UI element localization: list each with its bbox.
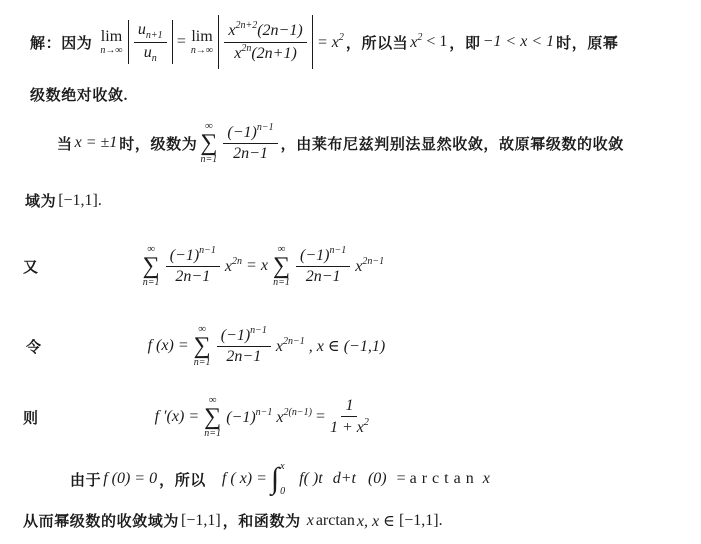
zh-text: 级数绝对收敛.: [30, 84, 128, 105]
integral-lower-limit: 0: [280, 486, 285, 497]
sigma-icon: ∑: [200, 133, 217, 153]
sigma-sum: ∞ ∑ n=1: [200, 121, 217, 165]
math-token: f ′(x) =: [155, 408, 200, 426]
math-token: x: [483, 470, 490, 488]
math-token: = x2: [317, 33, 344, 52]
zh-text: 时，级数为: [119, 133, 197, 154]
math-token: x: [307, 512, 314, 530]
math-token: (0): [368, 470, 387, 488]
math-token: arctan: [410, 470, 479, 488]
fraction: 1 1 + x2: [330, 397, 369, 438]
zh-text: ，由莱布尼兹判别法显然收敛，故原幂级数的收敛: [281, 133, 624, 154]
sum-lower-limit: n=1: [200, 155, 217, 165]
lim-subscript: n→∞: [100, 46, 122, 56]
math-token: [−1,1].: [399, 512, 443, 530]
math-token: x2(n−1): [276, 408, 312, 427]
fraction: (−1)n−1 2n−1: [217, 326, 271, 367]
fraction-numerator: (−1)n−1: [166, 246, 220, 267]
math-token: < 1: [426, 33, 447, 51]
lim-word: lim: [101, 29, 122, 45]
zh-label: 令: [26, 336, 42, 357]
equals-sign: =: [397, 470, 406, 488]
math-token: arctan: [316, 512, 355, 530]
document-page: { "colors": { "bg": "#ffffff", "ink": "#…: [0, 0, 701, 544]
math-token: −1 < x < 1: [483, 33, 555, 51]
solution-line-ratio-test: 解：因为 lim n→∞ un+1 un = lim n→∞ x2n+2(2n−…: [30, 10, 619, 74]
sum-lower-limit: n=1: [204, 429, 221, 439]
sum-lower-limit: n=1: [194, 358, 211, 368]
math-token: x2n: [225, 257, 242, 276]
fraction-u-ratio: un+1 un: [134, 21, 167, 64]
integral-limits: x 0: [280, 461, 285, 497]
integral-notation: ∫ x 0: [271, 461, 289, 497]
solution-line-integral: 由于 f (0) = 0 ，所以 f ( x) = ∫ x 0 f( )t d+…: [70, 458, 492, 500]
zh-text: 由于: [70, 469, 101, 490]
math-token: d+t: [333, 470, 356, 488]
fraction: (−1)n−1 2n−1: [296, 246, 350, 287]
sigma-sum: ∞ ∑ n=1: [204, 395, 221, 439]
lim-subscript: n→∞: [191, 46, 213, 56]
limit-notation: lim n→∞: [191, 29, 213, 56]
zh-text: ，和函数为: [223, 510, 301, 531]
zh-text: 时，原幂: [556, 32, 618, 53]
intro-text: 解：因为: [30, 32, 92, 53]
integral-upper-limit: x: [280, 461, 285, 472]
abs-bar-icon: [128, 20, 129, 64]
sigma-icon: ∑: [143, 256, 160, 276]
sigma-icon: ∑: [204, 407, 221, 427]
math-token: [−1,1]: [181, 512, 221, 530]
sigma-sum: ∞ ∑ n=1: [194, 324, 211, 368]
integral-icon: ∫: [271, 464, 279, 494]
equals-sign: =: [316, 408, 325, 426]
sigma-icon: ∑: [194, 336, 211, 356]
fraction-denominator: 2n−1: [306, 267, 341, 286]
math-token: x2n−1: [355, 257, 384, 276]
fraction-numerator: un+1: [134, 21, 167, 43]
solution-line-endpoint-case: 当 x = ±1 时，级数为 ∞ ∑ n=1 (−1)n−1 2n−1 ，由莱布…: [57, 114, 624, 172]
zh-text: ，所以当: [346, 32, 408, 53]
zh-text: 从而幂级数的收敛域为: [23, 510, 179, 531]
solution-line-derivative: 则 f ′(x) = ∞ ∑ n=1 (−1)n−1 x2(n−1) = 1 1…: [23, 388, 372, 446]
zh-label: 又: [23, 256, 39, 277]
fraction: (−1)n−1 2n−1: [166, 246, 220, 287]
fraction-x-ratio: x2n+2(2n−1) x2n(2n+1): [224, 21, 306, 63]
math-token: (−1)n−1: [226, 408, 272, 427]
fraction-numerator: (−1)n−1: [296, 246, 350, 267]
math-token: [−1,1].: [58, 192, 102, 210]
abs-bar-icon: [172, 20, 173, 64]
solution-line-domain: 域为 [−1,1].: [25, 190, 104, 211]
fraction-denominator: x2n(2n+1): [234, 43, 297, 63]
fraction-denominator: 2n−1: [175, 267, 210, 286]
math-token: x = ±1: [75, 134, 118, 152]
solution-line-continuation: 级数绝对收敛.: [30, 84, 128, 105]
sum-lower-limit: n=1: [273, 278, 290, 288]
fraction-numerator: x2n+2(2n−1): [224, 21, 306, 42]
math-token: f ( x) =: [222, 470, 267, 488]
math-token: f (0) = 0: [103, 470, 157, 488]
math-token: , x ∈ (−1,1): [309, 336, 385, 356]
zh-text: ，即: [449, 32, 480, 53]
zh-text: 域为: [25, 190, 56, 211]
fraction: (−1)n−1 2n−1: [223, 123, 277, 164]
math-token: f( )t: [299, 470, 323, 488]
math-token: x2n−1: [276, 337, 305, 356]
sum-lower-limit: n=1: [143, 278, 160, 288]
fraction-numerator: 1: [341, 397, 357, 417]
fraction-numerator: (−1)n−1: [223, 123, 277, 144]
solution-line-define-f: 令 f (x) = ∞ ∑ n=1 (−1)n−1 2n−1 x2n−1 , x…: [26, 316, 387, 376]
solution-line-series-identity: 又 ∞ ∑ n=1 (−1)n−1 2n−1 x2n = x ∞ ∑ n=1 (…: [23, 234, 386, 298]
math-token: = x: [246, 257, 268, 275]
sigma-icon: ∑: [273, 256, 290, 276]
zh-text: ，所以: [159, 469, 206, 490]
fraction-denominator: 1 + x2: [330, 417, 369, 437]
sigma-sum: ∞ ∑ n=1: [273, 244, 290, 288]
fraction-denominator: 2n−1: [233, 144, 268, 163]
solution-line-conclusion: 从而幂级数的收敛域为 [−1,1] ，和函数为 x arctan x, x ∈ …: [23, 510, 445, 531]
math-token: x, x ∈: [357, 511, 395, 531]
limit-notation: lim n→∞: [100, 29, 122, 56]
abs-bar-icon: [218, 15, 219, 69]
fraction-denominator: 2n−1: [226, 347, 261, 366]
math-token: x2: [410, 33, 422, 52]
fraction-numerator: (−1)n−1: [217, 326, 271, 347]
abs-bar-icon: [312, 15, 313, 69]
zh-text: 当: [57, 133, 73, 154]
math-token: f (x) =: [148, 337, 189, 355]
zh-label: 则: [23, 407, 39, 428]
sigma-sum: ∞ ∑ n=1: [143, 244, 160, 288]
fraction-denominator: un: [144, 43, 157, 64]
equals-sign: =: [177, 33, 186, 51]
lim-word: lim: [191, 29, 212, 45]
